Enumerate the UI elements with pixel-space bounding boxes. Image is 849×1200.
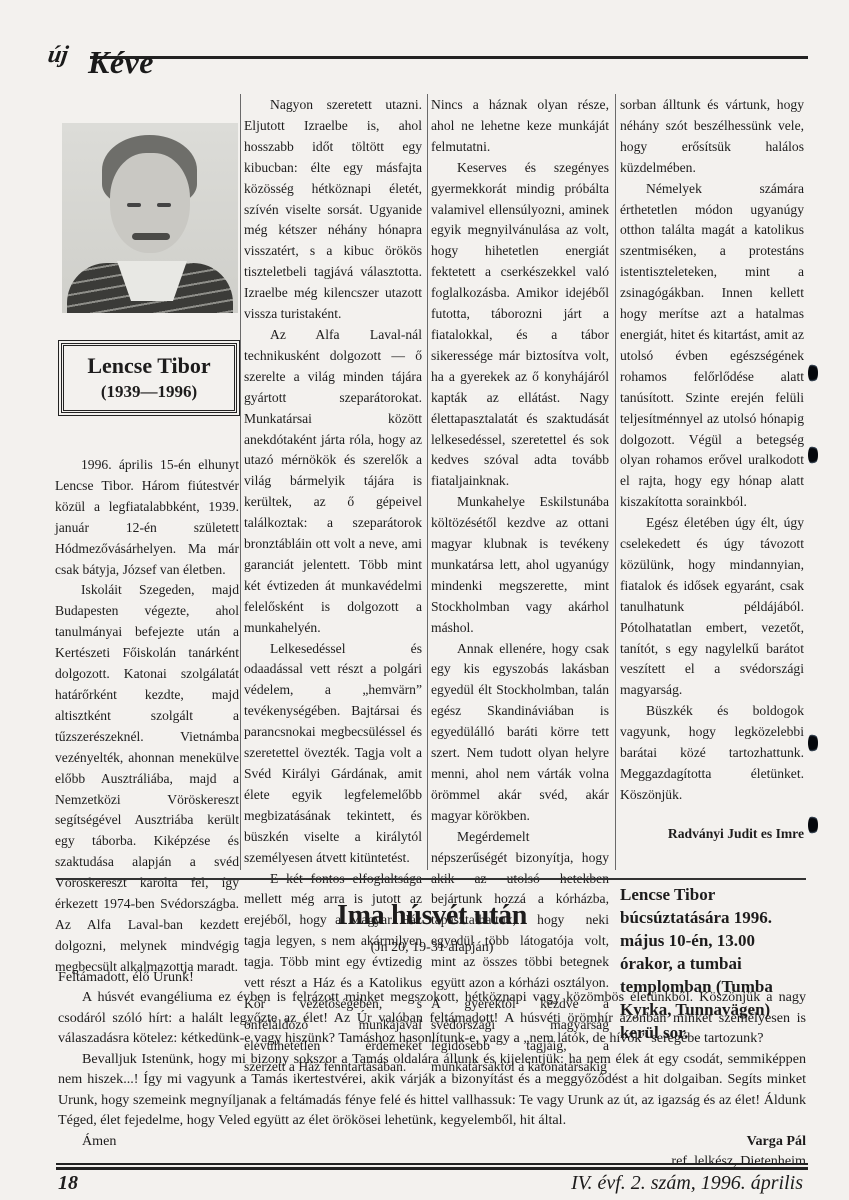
paragraph: Munkahelye Eskilstunába költözésétől kez… [431, 492, 609, 638]
obituary-signature: Radványi Judit es Imre [620, 824, 804, 845]
portrait-photo [62, 123, 238, 313]
page-number: 18 [58, 1172, 78, 1195]
paragraph: Keserves és szegényes gyermekkorát mindi… [431, 158, 609, 493]
binding-hole-icon [808, 445, 818, 465]
prayer-subtitle: (Jn 20, 19-31 alapján) [58, 938, 806, 959]
paragraph: Egész életében úgy élt, úgy cselekedett … [620, 513, 804, 701]
paragraph: 1996. április 15-én elhunyt Lencse Tibor… [55, 455, 239, 580]
prayer-title: Ima húsvét után [58, 900, 806, 932]
life-years: (1939—1996) [64, 380, 234, 404]
column-divider [240, 94, 241, 870]
column-divider [615, 94, 616, 870]
prayer-article: Ima húsvét után (Jn 20, 19-31 alapján) F… [58, 900, 806, 1172]
prayer-greeting: Feltámadott, élő Urunk! [58, 967, 806, 988]
name-box: Lencse Tibor (1939—1996) [61, 343, 237, 413]
masthead-rule [90, 56, 808, 59]
paragraph: sorban álltunk és vártunk, hogy néhány s… [620, 95, 804, 179]
paragraph: Lelkesedéssel és odaadással vett részt a… [244, 639, 422, 869]
paragraph: A húsvét evangéliuma ez évben is felrázo… [58, 987, 806, 1049]
footer-rule [56, 1163, 808, 1172]
paragraph: Az Alfa Laval-nál technikusként dolgozot… [244, 325, 422, 639]
binding-hole-icon [808, 733, 818, 753]
masthead-title: Kéve [88, 44, 154, 81]
binding-hole-icon [808, 815, 818, 835]
deceased-name: Lencse Tibor [64, 352, 234, 380]
paragraph: Nincs a háznak olyan része, ahol ne lehe… [431, 95, 609, 158]
paragraph: Nagyon szeretett utazni. Eljutott Izrael… [244, 95, 422, 325]
prayer-author: Varga Pál [747, 1131, 806, 1152]
paragraph: Bevalljuk Istenünk, hogy mi bizony soksz… [58, 1049, 806, 1131]
obituary-column-1: Lencse Tibor (1939—1996) 1996. április 1… [55, 95, 239, 978]
binding-hole-icon [808, 363, 818, 383]
prayer-amen: Ámen [82, 1131, 116, 1152]
section-divider [56, 878, 806, 880]
paragraph: Büszkék és boldogok vagyunk, hogy legköz… [620, 701, 804, 806]
paragraph: Annak ellenére, hogy csak egy kis egyszo… [431, 639, 609, 827]
masthead-prefix: új [46, 42, 70, 69]
paragraph: Némelyek számára érthetetlen módon ugyan… [620, 179, 804, 514]
masthead: új Kéve [48, 36, 808, 86]
issue-info: IV. évf. 2. szám, 1996. április [571, 1172, 803, 1195]
column-divider [427, 94, 428, 870]
